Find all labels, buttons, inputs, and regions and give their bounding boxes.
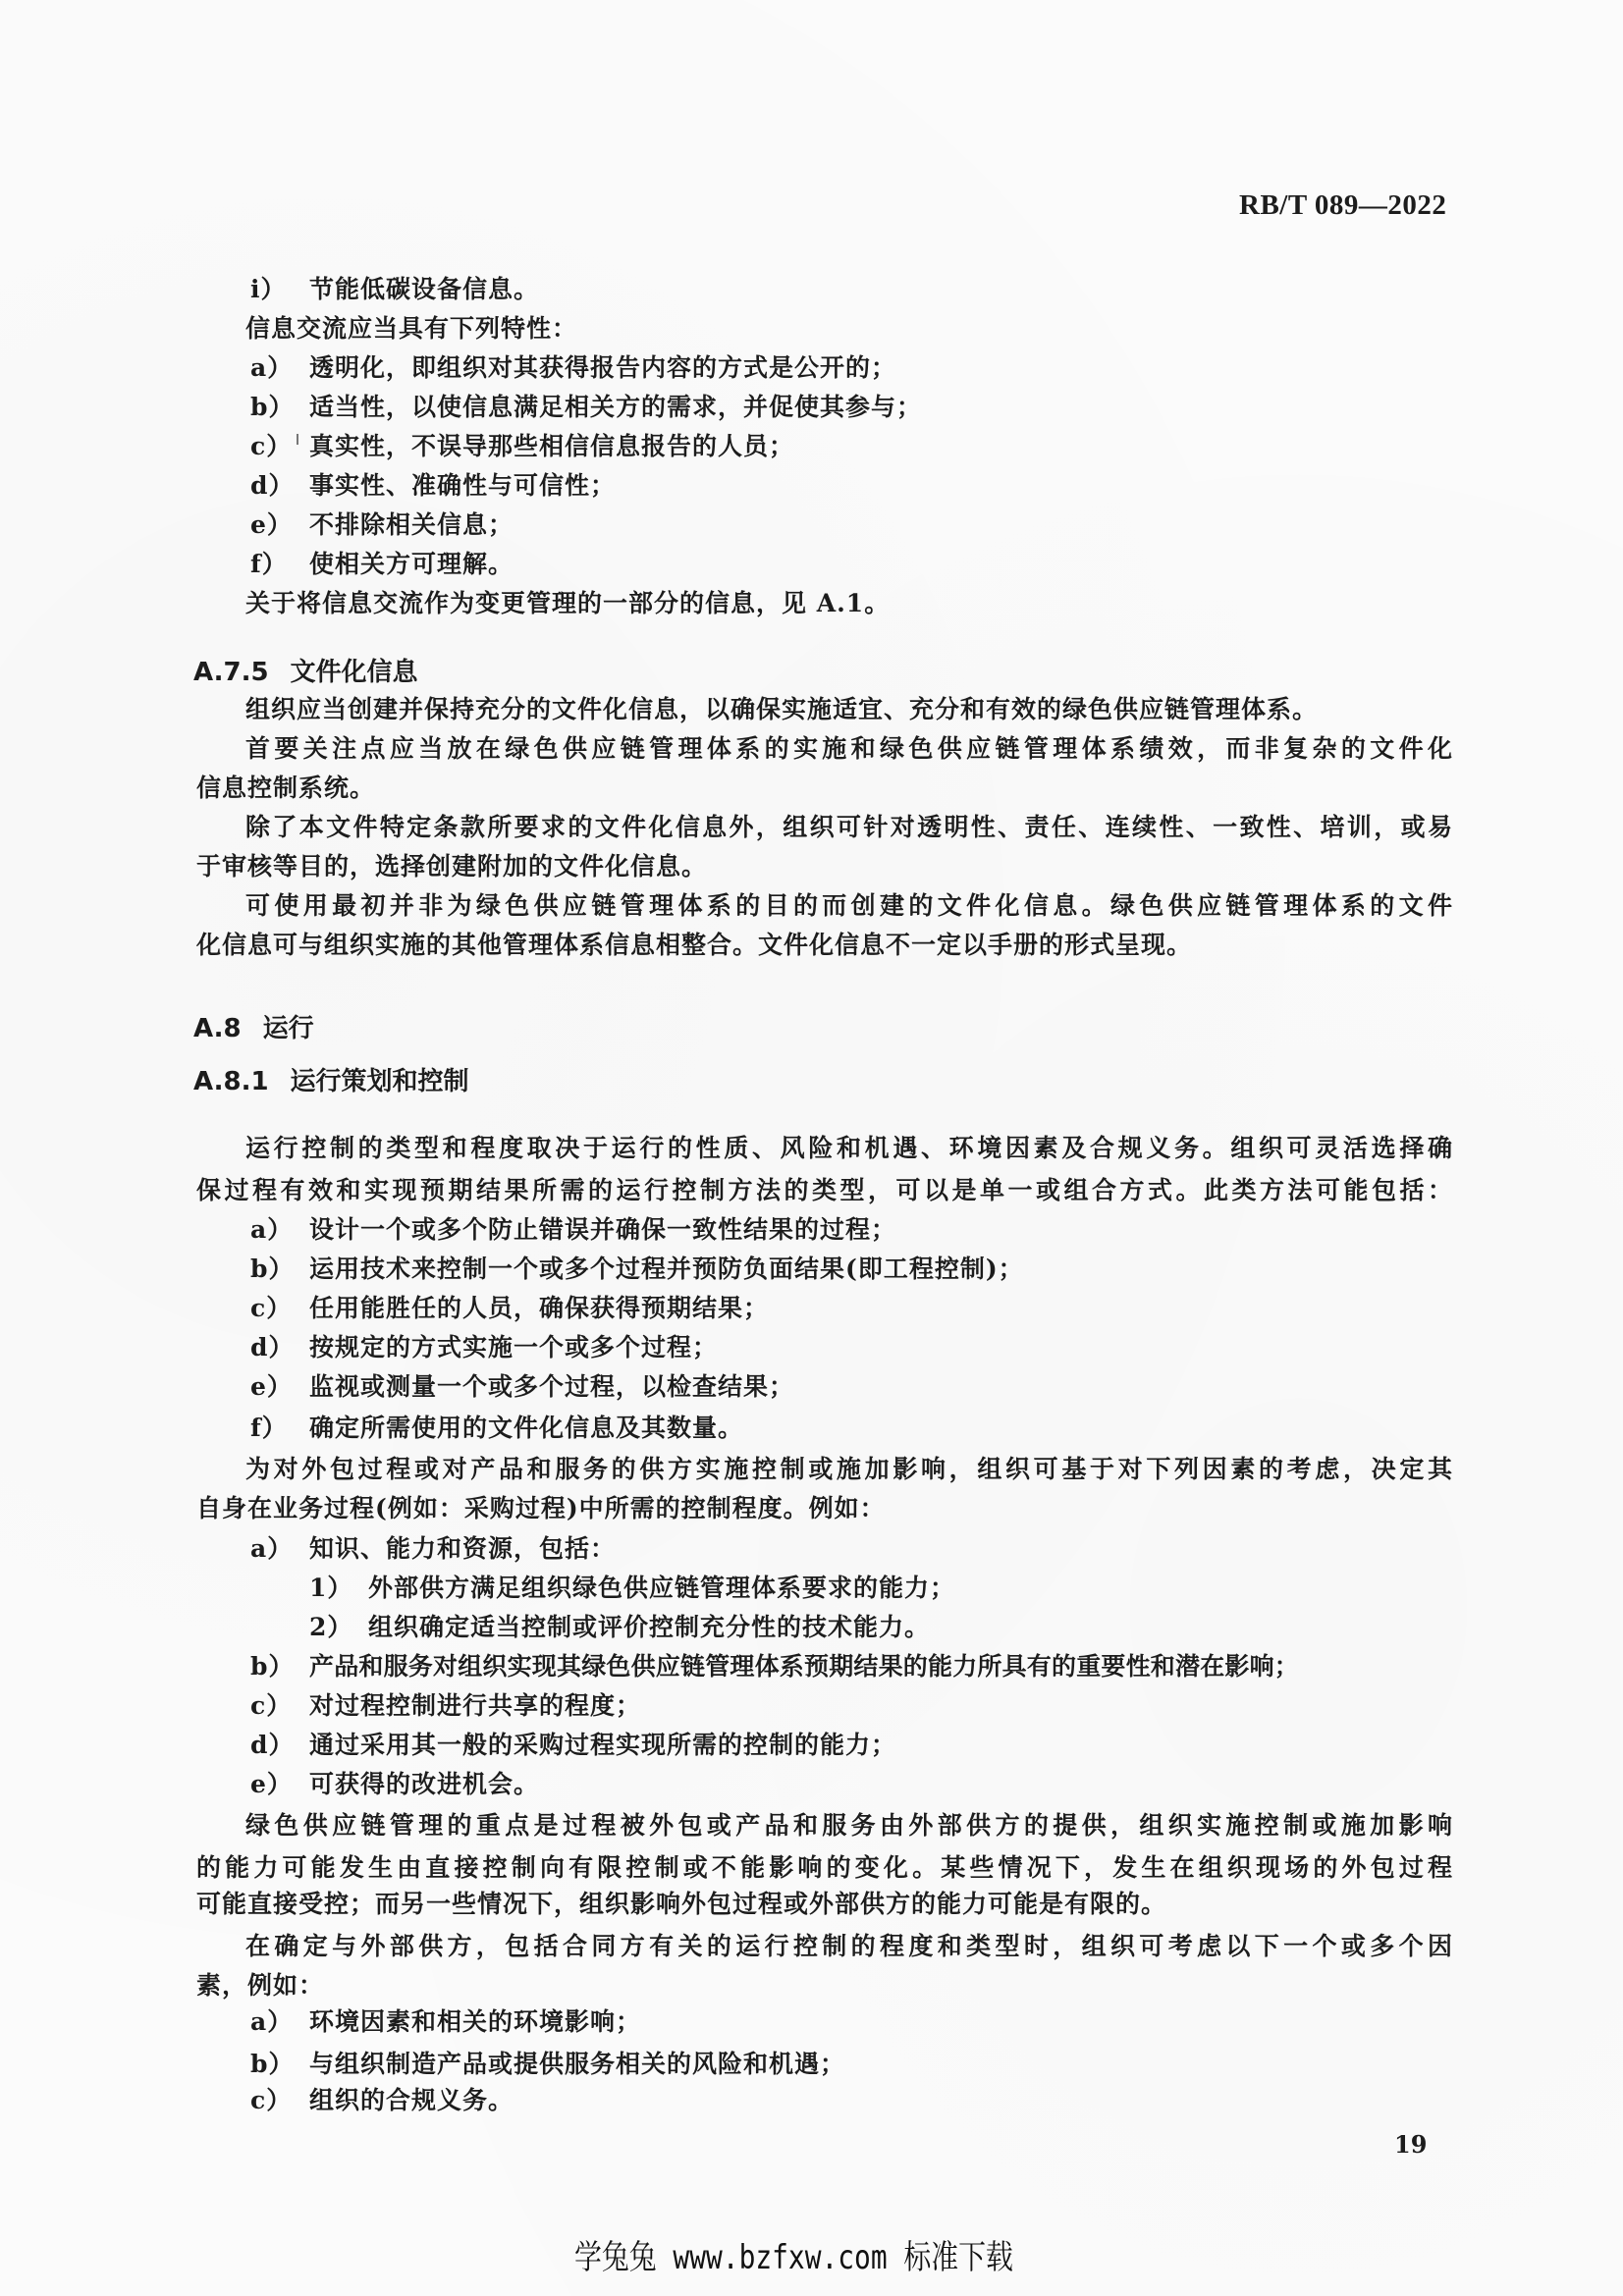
list-text: 组织的合规义务。	[309, 2086, 514, 2115]
section-number: A.8.1	[193, 1067, 269, 1096]
list-marker: a）	[250, 353, 293, 383]
paragraph-line: 组织应当创建并保持充分的文件化信息，以确保实施适宜、充分和有效的绿色供应链管理体…	[245, 695, 1318, 724]
list-text: 组织确定适当控制或评价控制充分性的技术能力。	[368, 1613, 930, 1642]
list-text: 知识、能力和资源，包括：	[309, 1534, 616, 1564]
list-text: 节能低碳设备信息。	[309, 275, 539, 304]
list-marker: c）	[250, 1294, 292, 1323]
list-marker: b）	[250, 393, 294, 422]
list-text: 真实性，不误导那些相信信息报告的人员；	[309, 432, 794, 461]
list-marker: a）	[250, 2007, 293, 2037]
paragraph-line: 运行控制的类型和程度取决于运行的性质、风险和机遇、环境因素及合规义务。组织可灵活…	[245, 1134, 1453, 1163]
list-marker: b）	[250, 1652, 294, 1682]
paragraph-line: 关于将信息交流作为变更管理的一部分的信息，见 A.1。	[245, 589, 890, 618]
list-text: 监视或测量一个或多个过程，以检查结果；	[309, 1372, 794, 1402]
document-page: RB/T 089—2022 i） 节能低碳设备信息。 信息交流应当具有下列特性：…	[0, 0, 1623, 2296]
list-marker: b）	[250, 1255, 294, 1284]
paragraph-line: 在确定与外部供方，包括合同方有关的运行控制的程度和类型时，组织可考虑以下一个或多…	[245, 1932, 1453, 1961]
list-marker: d）	[250, 1333, 294, 1362]
list-text: 按规定的方式实施一个或多个过程；	[309, 1333, 718, 1362]
list-text: 对过程控制进行共享的程度；	[309, 1691, 641, 1721]
paragraph-line: 信息交流应当具有下列特性：	[245, 314, 577, 344]
paragraph-line: 除了本文件特定条款所要求的文件化信息外，组织可针对透明性、责任、连续性、一致性、…	[245, 813, 1453, 842]
paragraph-line: 的能力可能发生由直接控制向有限控制或不能影响的变化。某些情况下，发生在组织现场的…	[196, 1853, 1453, 1883]
list-text: 适当性，以使信息满足相关方的需求，并促使其参与；	[309, 393, 922, 422]
paragraph-line: 保过程有效和实现预期结果所需的运行控制方法的类型，可以是单一或组合方式。此类方法…	[196, 1176, 1453, 1205]
paragraph-line: 绿色供应链管理的重点是过程被外包或产品和服务由外部供方的提供，组织实施控制或施加…	[245, 1811, 1453, 1841]
list-text: 使相关方可理解。	[309, 550, 514, 579]
list-text: 可获得的改进机会。	[309, 1770, 539, 1799]
list-marker: f）	[250, 1414, 288, 1443]
document-id: RB/T 089—2022	[1239, 189, 1446, 222]
paragraph-line: 为对外包过程或对产品和服务的供方实施控制或施加影响，组织可基于对下列因素的考虑，…	[245, 1455, 1453, 1484]
list-marker: c）	[250, 432, 292, 461]
section-title: 文件化信息	[291, 658, 418, 687]
list-text: 不排除相关信息；	[309, 510, 514, 540]
list-marker: f）	[250, 550, 288, 579]
list-text: 事实性、准确性与可信性；	[309, 471, 616, 501]
list-text: 通过采用其一般的采购过程实现所需的控制的能力；	[309, 1731, 896, 1760]
watermark-text: 学兔兔 www.bzfxw.com 标准下载	[574, 2230, 1013, 2278]
paragraph-line: 于审核等目的，选择创建附加的文件化信息。	[196, 852, 707, 881]
scan-artifact	[297, 434, 298, 445]
list-marker: e）	[250, 1770, 293, 1799]
section-number: A.7.5	[193, 658, 269, 687]
list-marker: c）	[250, 2086, 292, 2115]
list-text: 运用技术来控制一个或多个过程并预防负面结果(即工程控制)；	[309, 1255, 1024, 1284]
list-marker: e）	[250, 1372, 293, 1402]
list-text: 透明化，即组织对其获得报告内容的方式是公开的；	[309, 353, 896, 383]
paragraph-line: 信息控制系统。	[196, 774, 375, 803]
list-marker: d）	[250, 471, 294, 501]
list-marker: e）	[250, 510, 293, 540]
paragraph-line: 自身在业务过程(例如：采购过程)中所需的控制程度。例如：	[196, 1494, 886, 1523]
list-marker: b）	[250, 2050, 294, 2079]
list-text: 设计一个或多个防止错误并确保一致性结果的过程；	[309, 1215, 896, 1245]
section-heading-a8: A.8运行	[193, 1014, 314, 1043]
list-text: 外部供方满足组织绿色供应链管理体系要求的能力；	[368, 1574, 955, 1603]
paragraph-line: 素，例如：	[196, 1971, 324, 2001]
section-heading-a81: A.8.1运行策划和控制	[193, 1067, 469, 1096]
list-text: 与组织制造产品或提供服务相关的风险和机遇；	[309, 2050, 845, 2079]
list-text: 环境因素和相关的环境影响；	[309, 2007, 641, 2037]
paragraph-line: 可能直接受控；而另一些情况下，组织影响外包过程或外部供方的能力可能是有限的。	[196, 1890, 1166, 1919]
list-marker: c）	[250, 1691, 292, 1721]
list-text: 产品和服务对组织实现其绿色供应链管理体系预期结果的能力所具有的重要性和潜在影响；	[309, 1652, 1299, 1682]
page-number: 19	[1394, 2130, 1427, 2159]
paragraph-line: 首要关注点应当放在绿色供应链管理体系的实施和绿色供应链管理体系绩效，而非复杂的文…	[245, 734, 1453, 764]
list-marker: 1）	[309, 1574, 352, 1603]
list-marker: 2）	[309, 1613, 352, 1642]
list-marker: a）	[250, 1534, 293, 1564]
paragraph-line: 化信息可与组织实施的其他管理体系信息相整合。文件化信息不一定以手册的形式呈现。	[196, 931, 1192, 960]
list-marker: i）	[250, 275, 287, 304]
section-number: A.8	[193, 1014, 242, 1043]
paragraph-line: 可使用最初并非为绿色供应链管理体系的目的而创建的文件化信息。绿色供应链管理体系的…	[245, 891, 1453, 921]
list-text: 任用能胜任的人员，确保获得预期结果；	[309, 1294, 769, 1323]
section-title: 运行	[263, 1014, 314, 1043]
list-marker: d）	[250, 1731, 294, 1760]
list-text: 确定所需使用的文件化信息及其数量。	[309, 1414, 743, 1443]
section-title: 运行策划和控制	[291, 1067, 469, 1096]
list-marker: a）	[250, 1215, 293, 1245]
section-heading-a75: A.7.5文件化信息	[193, 658, 418, 687]
